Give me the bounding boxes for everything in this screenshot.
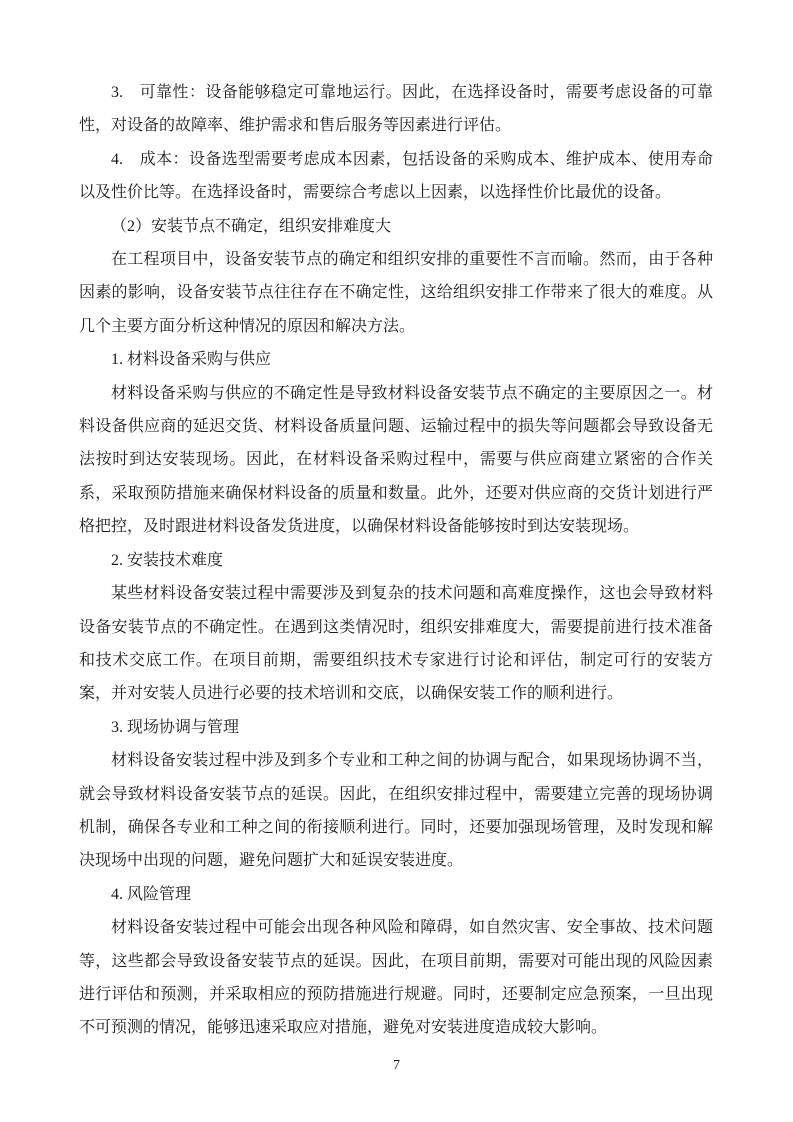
document-page: 3. 可靠性：设备能够稳定可靠地运行。因此，在选择设备时，需要考虑设备的可靠性，…	[0, 0, 793, 1122]
paragraph-coordination: 材料设备安装过程中涉及到多个专业和工种之间的协调与配合，如果现场协调不当，就会导…	[79, 744, 713, 878]
paragraph-risk: 材料设备安装过程中可能会出现各种风险和障碍，如自然灾害、安全事故、技术问题等，这…	[79, 911, 713, 1045]
list-item-reliability: 3. 可靠性：设备能够稳定可靠地运行。因此，在选择设备时，需要考虑设备的可靠性，…	[79, 76, 713, 143]
document-body: 3. 可靠性：设备能够稳定可靠地运行。因此，在选择设备时，需要考虑设备的可靠性，…	[79, 76, 713, 1045]
section-heading-2: （2）安装节点不确定，组织安排难度大	[79, 210, 713, 243]
subheading-risk: 4. 风险管理	[79, 878, 713, 911]
paragraph-procurement: 材料设备采购与供应的不确定性是导致材料设备安装节点不确定的主要原因之一。材料设备…	[79, 377, 713, 544]
subheading-coordination: 3. 现场协调与管理	[79, 711, 713, 744]
paragraph-tech-difficulty: 某些材料设备安装过程中需要涉及到复杂的技术问题和高难度操作，这也会导致材料设备安…	[79, 577, 713, 711]
section-2-intro-paragraph: 在工程项目中，设备安装节点的确定和组织安排的重要性不言而喻。然而，由于各种因素的…	[79, 243, 713, 343]
subheading-tech-difficulty: 2. 安装技术难度	[79, 544, 713, 577]
page-number: 7	[0, 1056, 793, 1076]
subheading-procurement: 1. 材料设备采购与供应	[79, 343, 713, 376]
list-item-cost: 4. 成本：设备选型需要考虑成本因素，包括设备的采购成本、维护成本、使用寿命以及…	[79, 143, 713, 210]
